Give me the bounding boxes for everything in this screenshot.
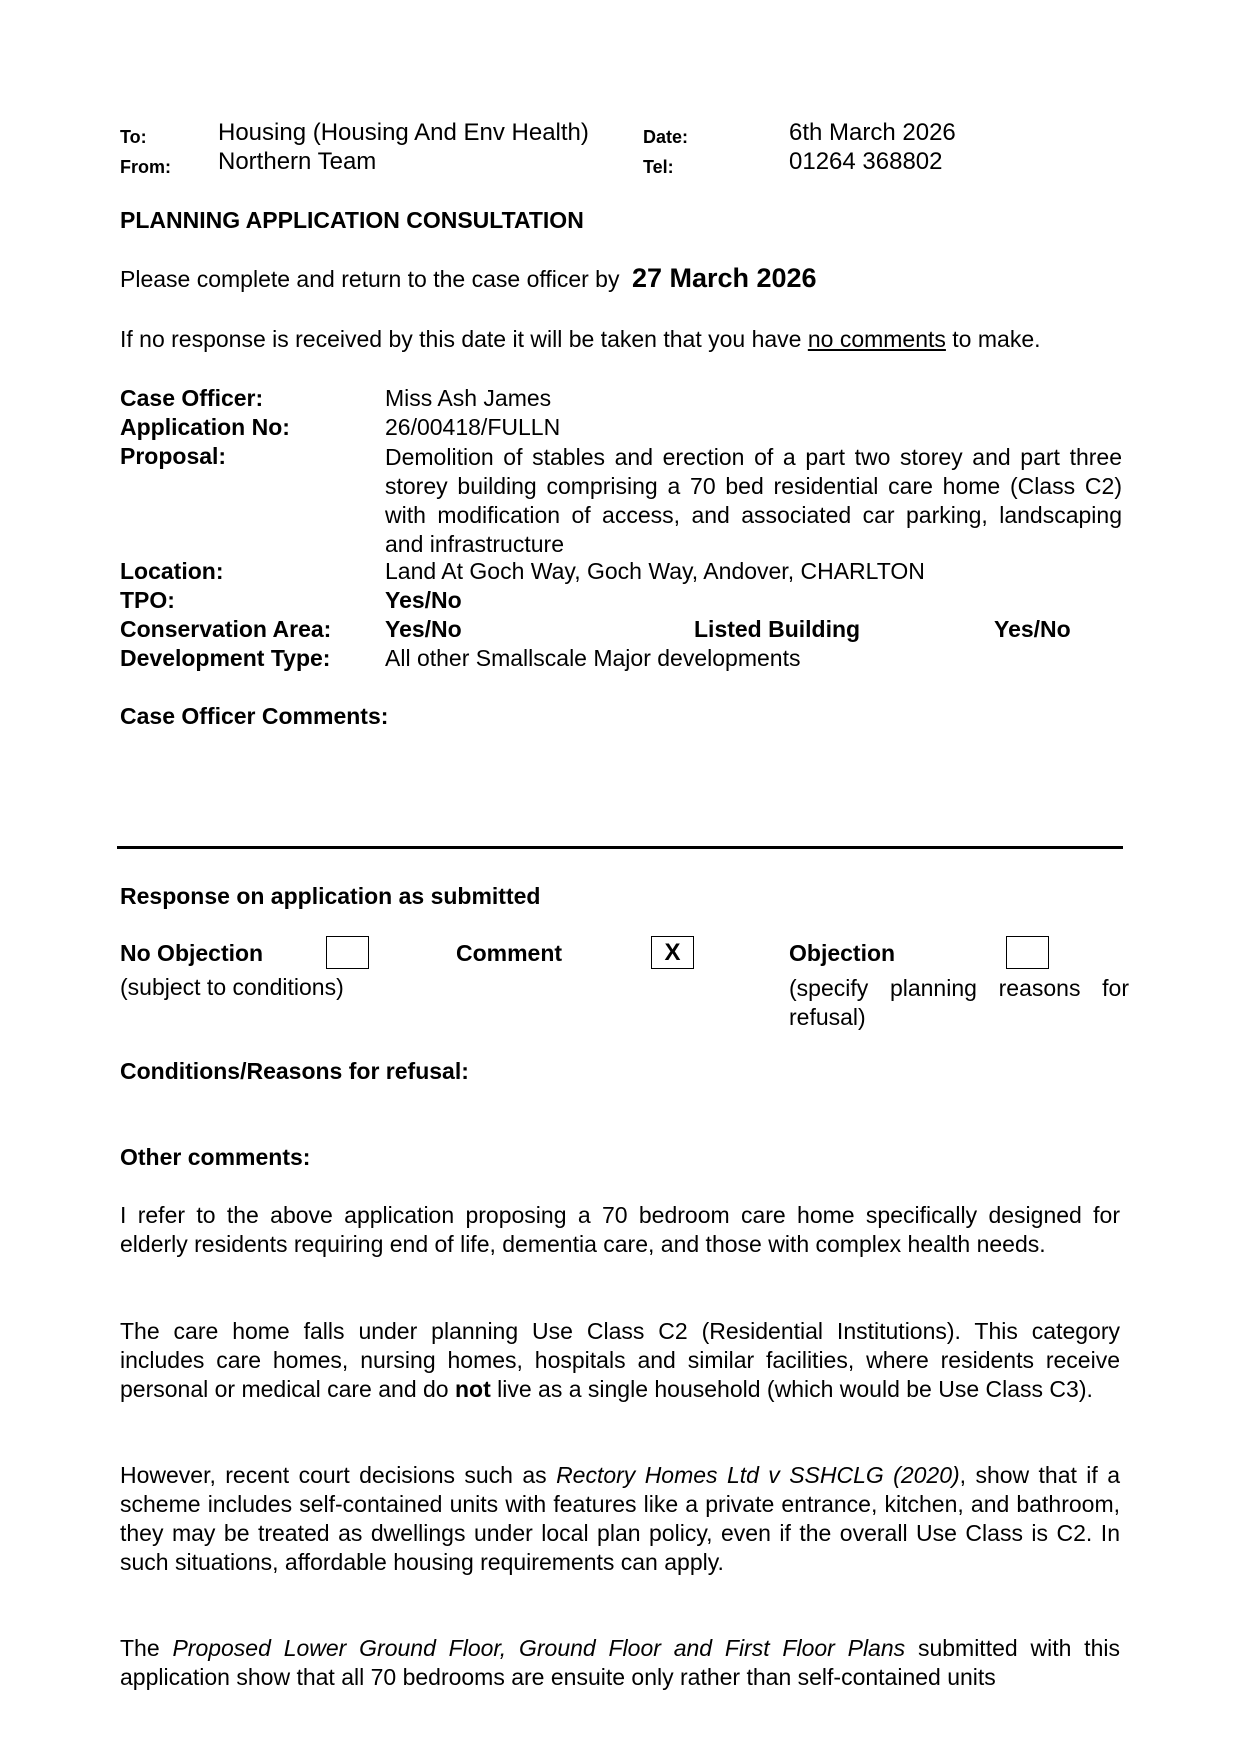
proposal-value: Demolition of stables and erection of a … bbox=[385, 443, 1122, 559]
date-label: Date: bbox=[643, 127, 688, 148]
from-value: Northern Team bbox=[218, 148, 376, 176]
response-heading: Response on application as submitted bbox=[120, 883, 540, 910]
no-response-after: to make. bbox=[952, 326, 1040, 352]
proposal-label: Proposal: bbox=[120, 443, 226, 470]
application-no-value: 26/00418/FULLN bbox=[385, 414, 560, 441]
conservation-area-label: Conservation Area: bbox=[120, 616, 331, 643]
no-objection-subtext: (subject to conditions) bbox=[120, 974, 344, 1001]
tpo-label: TPO: bbox=[120, 587, 175, 614]
listed-building-label: Listed Building bbox=[694, 616, 860, 643]
other-comments-label: Other comments: bbox=[120, 1144, 310, 1171]
development-type-value: All other Smallscale Major developments bbox=[385, 645, 800, 672]
case-officer-value: Miss Ash James bbox=[385, 385, 551, 412]
objection-checkbox[interactable] bbox=[1006, 936, 1049, 969]
tpo-value: Yes/No bbox=[385, 587, 462, 614]
location-label: Location: bbox=[120, 558, 224, 585]
location-value: Land At Goch Way, Goch Way, Andover, CHA… bbox=[385, 558, 925, 585]
objection-subtext: (specify planning reasons for refusal) bbox=[789, 974, 1129, 1032]
to-label: To: bbox=[120, 127, 147, 148]
comment-paragraph-2: The care home falls under planning Use C… bbox=[120, 1317, 1120, 1404]
conservation-area-value: Yes/No bbox=[385, 616, 462, 643]
comment-paragraph-4: The Proposed Lower Ground Floor, Ground … bbox=[120, 1634, 1120, 1692]
no-comments-underlined: no comments bbox=[808, 326, 946, 352]
paragraph-2-bold: not bbox=[455, 1376, 491, 1402]
return-instruction: Please complete and return to the case o… bbox=[120, 263, 817, 294]
application-no-label: Application No: bbox=[120, 414, 290, 441]
tel-value: 01264 368802 bbox=[789, 148, 943, 176]
paragraph-4-text-a: The bbox=[120, 1635, 172, 1661]
to-value: Housing (Housing And Env Health) bbox=[218, 119, 589, 147]
tel-label: Tel: bbox=[643, 157, 674, 178]
date-value: 6th March 2026 bbox=[789, 119, 956, 147]
case-officer-comments-label: Case Officer Comments: bbox=[120, 703, 388, 730]
case-officer-label: Case Officer: bbox=[120, 385, 263, 412]
paragraph-3-case-citation: Rectory Homes Ltd v SSHCLG (2020) bbox=[556, 1462, 960, 1488]
return-deadline: 27 March 2026 bbox=[632, 263, 817, 293]
development-type-label: Development Type: bbox=[120, 645, 330, 672]
no-response-before: If no response is received by this date … bbox=[120, 326, 801, 352]
conditions-label: Conditions/Reasons for refusal: bbox=[120, 1058, 469, 1085]
paragraph-4-plans-title: Proposed Lower Ground Floor, Ground Floo… bbox=[172, 1635, 905, 1661]
no-response-note: If no response is received by this date … bbox=[120, 326, 1041, 353]
paragraph-3-text-a: However, recent court decisions such as bbox=[120, 1462, 556, 1488]
paragraph-2-text-b: live as a single household (which would … bbox=[491, 1376, 1093, 1402]
from-label: From: bbox=[120, 157, 171, 178]
comment-checkbox[interactable]: X bbox=[651, 936, 694, 969]
document-title: PLANNING APPLICATION CONSULTATION bbox=[120, 207, 584, 234]
return-instruction-text: Please complete and return to the case o… bbox=[120, 266, 619, 292]
no-objection-label: No Objection bbox=[120, 940, 263, 967]
listed-building-value: Yes/No bbox=[994, 616, 1071, 643]
comment-paragraph-3: However, recent court decisions such as … bbox=[120, 1461, 1120, 1577]
objection-label: Objection bbox=[789, 940, 895, 967]
comment-paragraph-1: I refer to the above application proposi… bbox=[120, 1201, 1120, 1259]
section-divider bbox=[117, 846, 1123, 849]
comment-label: Comment bbox=[456, 940, 562, 967]
no-objection-checkbox[interactable] bbox=[326, 936, 369, 969]
